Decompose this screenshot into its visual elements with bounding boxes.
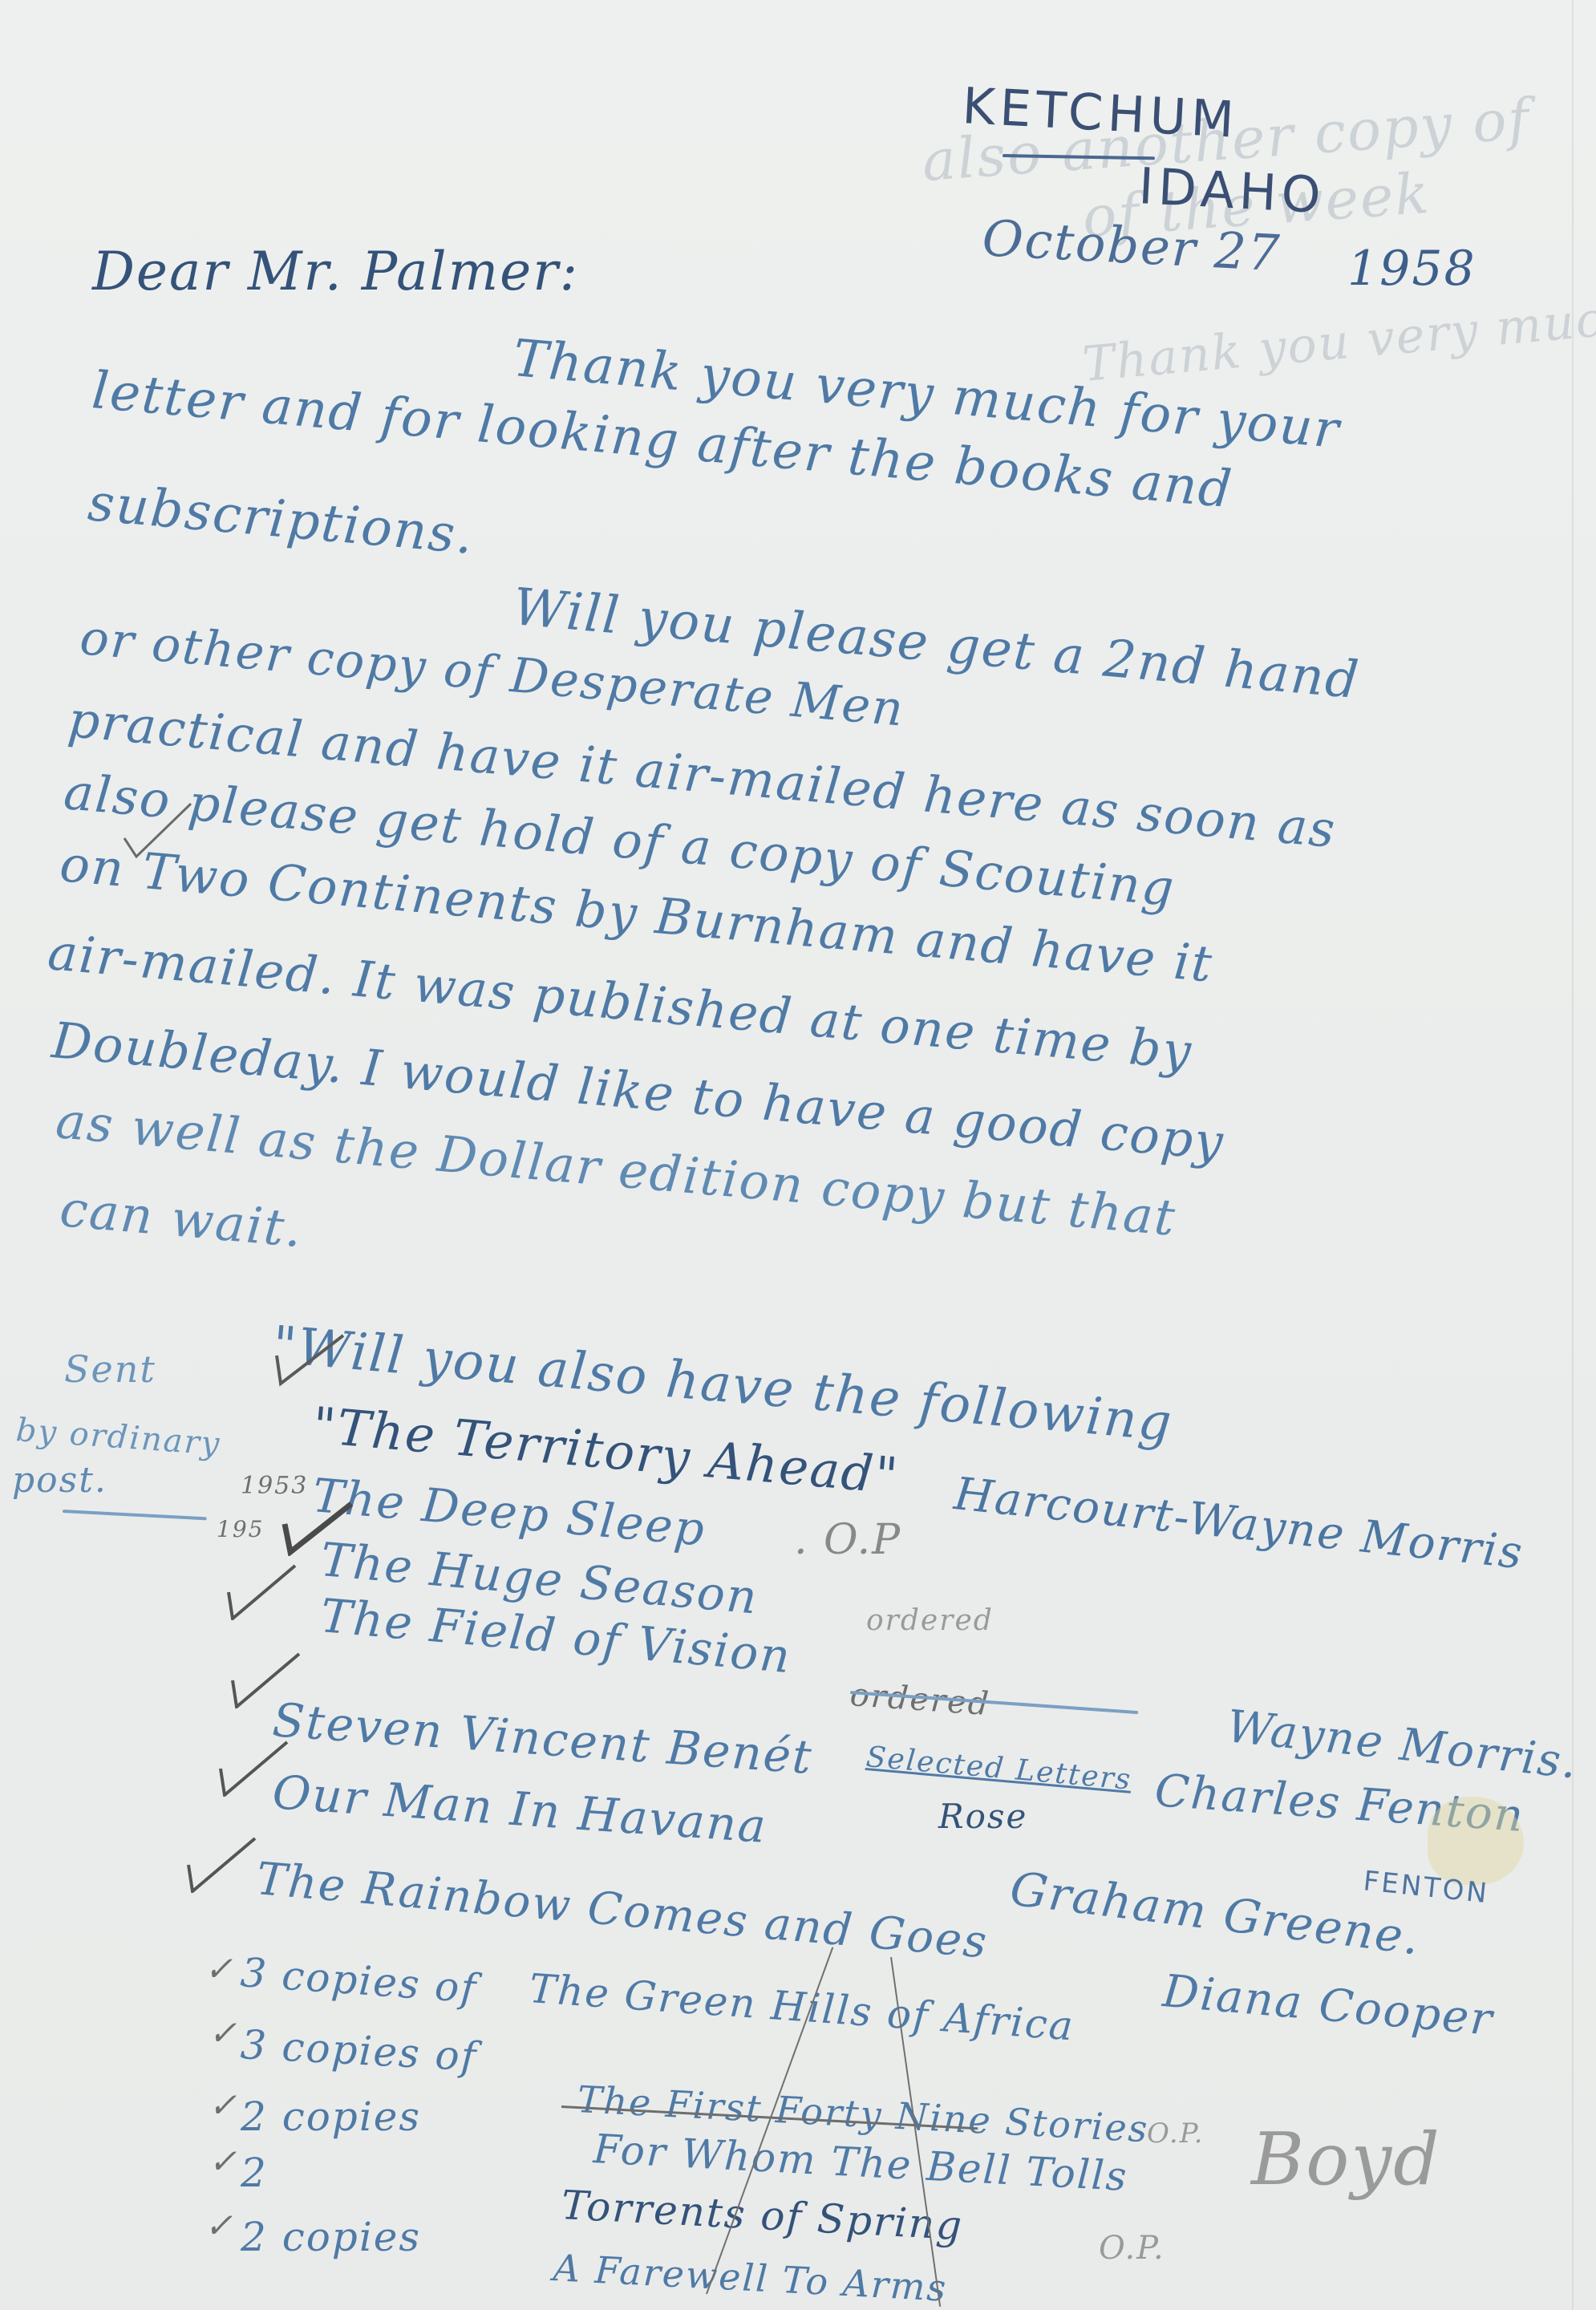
margin-note-line: post. (12, 1460, 107, 1501)
book-qty: 3 copies of (239, 2021, 478, 2080)
margin-note-line: by ordinary (14, 1412, 221, 1463)
book-qty: 2 (241, 2150, 268, 2196)
book-title: Torrents of Spring (560, 2182, 964, 2249)
book-qty: 2 copies (241, 2214, 421, 2260)
book-qty: 2 copies (241, 2093, 421, 2140)
salutation: Dear Mr. Palmer: (92, 241, 579, 302)
pencil-note: . O.P (794, 1516, 901, 1564)
pencil-checkmark-icon (225, 1564, 297, 1620)
header-state: IDAHO (1137, 156, 1327, 225)
letter-page: also another copy of of the week Thank y… (0, 0, 1596, 2310)
book-title: A Farewell To Arms (553, 2246, 949, 2310)
pencil-checkmark-icon (273, 1331, 345, 1388)
year-note: 195 (217, 1516, 264, 1542)
body-line: subscriptions. (86, 473, 476, 566)
stain (1428, 1797, 1524, 1885)
margin-note-line: Sent (64, 1347, 156, 1391)
check-mark: ✓ (209, 2013, 238, 2053)
book-publisher: Harcourt-Wayne Morris (952, 1468, 1526, 1579)
pencil-note: ordered (866, 1604, 994, 1637)
body-line: can wait. (58, 1179, 306, 1258)
book-title: Our Man In Havana (271, 1765, 769, 1854)
book-title: The Green Hills of Africa (528, 1965, 1076, 2049)
pencil-checkmark-icon (184, 1837, 257, 1893)
book-author: Diana Cooper (1161, 1965, 1496, 2046)
bleed-through-text: Thank you very much (1080, 289, 1596, 393)
check-mark: ✓ (205, 2206, 234, 2245)
year-note: 1953 (241, 1472, 308, 1500)
pencil-signature: Boyd (1251, 2117, 1441, 2202)
check-mark: ✓ (205, 1949, 234, 1988)
book-qty: 3 copies of (239, 1949, 479, 2012)
check-mark: ✓ (209, 2085, 238, 2125)
book-extra: Selected Letters (865, 1741, 1133, 1797)
pencil-note: O.P. (1099, 2230, 1165, 2267)
book-sub: Rose (938, 1797, 1027, 1836)
book-author: Graham Greene. (1007, 1861, 1424, 1965)
pencil-note: O.P. (1147, 2117, 1204, 2150)
header-year: 1958 (1347, 241, 1477, 297)
pencil-checkmark-icon (120, 802, 192, 858)
margin-arrow-line (63, 1510, 207, 1520)
check-mark: ✓ (209, 2142, 238, 2181)
book-title: The Rainbow Comes and Goes (254, 1853, 990, 1969)
